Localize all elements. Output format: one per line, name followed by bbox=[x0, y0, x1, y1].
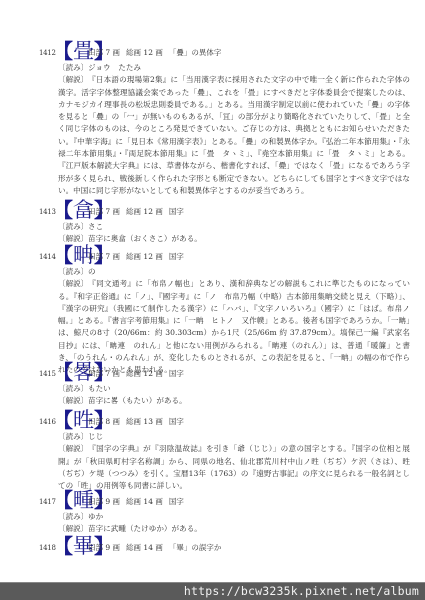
entry-meta: 田部 9 画総画 14 画「畢」の誤字か bbox=[88, 542, 227, 553]
reading-value: もたい bbox=[88, 384, 111, 393]
entry-header: 1418 【畢】 田部 9 画総画 14 画「畢」の誤字か bbox=[0, 535, 425, 557]
entry-meta: 田部 7 画総画 12 画国字 bbox=[88, 368, 190, 379]
entry-meta: 田部 9 画総画 14 画国字 bbox=[88, 496, 190, 507]
entry-1417: 1417 【畽】 田部 9 画総画 14 画国字 〔読み〕ゆか 〔解説〕苗字に武… bbox=[0, 489, 425, 536]
stroke-count: 総画 12 画 bbox=[126, 252, 163, 261]
entry-1416: 1416 【甠】 田部 8 画総画 13 画国字 〔読み〕じじ 〔解説〕『国字の… bbox=[0, 409, 425, 492]
commentary-label: 〔解説〕 bbox=[58, 74, 88, 86]
radical-info: 田部 7 画 bbox=[88, 252, 120, 261]
entry-header: 1415 【畧】 田部 7 画総画 12 画国字 bbox=[0, 361, 425, 383]
commentary-block: 〔解説〕『日本語の現場第2集』に「当用漢字表に採用された文字の中で唯一全く新に作… bbox=[58, 74, 410, 197]
commentary-line: 〔解説〕苗字に畧（もたい）がある。 bbox=[58, 395, 408, 407]
reading-label: 〔読み〕 bbox=[58, 511, 88, 523]
reading-line: 〔読み〕さこ bbox=[58, 221, 408, 233]
commentary-label: 〔解説〕 bbox=[58, 278, 88, 290]
stroke-count: 総画 12 画 bbox=[126, 369, 163, 378]
commentary-text: 『日本語の現場第2集』に「当用漢字表に採用された文字の中で唯一全く新に作られた字… bbox=[58, 75, 410, 195]
entry-meta: 田部 7 画総画 12 画国字 bbox=[88, 251, 190, 262]
commentary-text: 苗字に畧（もたい）がある。 bbox=[88, 396, 187, 405]
stroke-count: 総画 14 画 bbox=[126, 497, 163, 506]
reading-value: ジョウ たたみ bbox=[88, 63, 141, 72]
entry-note: 「畢」の誤字か bbox=[169, 543, 222, 552]
commentary-text: 『国字の字典』が『羽陰温故誌』を引き「爺（じじ）」の意の国字とする。『国字の位相… bbox=[58, 444, 410, 490]
radical-info: 田部 9 画 bbox=[88, 497, 120, 506]
radical-info: 田部 7 画 bbox=[88, 48, 120, 57]
reading-value: じじ bbox=[88, 432, 103, 441]
entry-header: 1416 【甠】 田部 8 画総画 13 画国字 bbox=[0, 409, 425, 431]
entry-note: 国字 bbox=[169, 252, 184, 261]
radical-info: 田部 8 画 bbox=[88, 417, 120, 426]
entry-meta: 田部 7 画総画 12 画国字 bbox=[88, 206, 190, 217]
stroke-count: 総画 12 画 bbox=[126, 207, 163, 216]
watermark-bar: https://bcw3235k.pixnet.net/album bbox=[0, 582, 425, 600]
reading-line: 〔読み〕の bbox=[58, 266, 408, 278]
stroke-count: 総画 12 画 bbox=[126, 48, 163, 57]
reading-value: の bbox=[88, 267, 96, 276]
entry-note: 国字 bbox=[169, 497, 184, 506]
commentary-text: 苗字に武畽（たけゆか）がある。 bbox=[88, 524, 202, 533]
entry-note: 国字 bbox=[169, 417, 184, 426]
entry-note: 「疊」の異体字 bbox=[169, 48, 222, 57]
reading-label: 〔読み〕 bbox=[58, 221, 88, 233]
reading-label: 〔読み〕 bbox=[58, 62, 88, 74]
entry-note: 国字 bbox=[169, 369, 184, 378]
radical-info: 田部 7 画 bbox=[88, 207, 120, 216]
reading-label: 〔読み〕 bbox=[58, 383, 88, 395]
entry-note: 国字 bbox=[169, 207, 184, 216]
commentary-block: 〔解説〕『国字の字典』が『羽陰温故誌』を引き「爺（じじ）」の意の国字とする。『国… bbox=[58, 443, 410, 492]
watermark-url: https://bcw3235k.pixnet.net/album bbox=[184, 584, 419, 598]
reading-label: 〔読み〕 bbox=[58, 431, 88, 443]
commentary-text: 苗字に奥畣（おくさこ）がある。 bbox=[88, 234, 202, 243]
entry-header: 1417 【畽】 田部 9 画総画 14 画国字 bbox=[0, 489, 425, 511]
reading-value: ゆか bbox=[88, 512, 103, 521]
entry-meta: 田部 7 画総画 12 画「疊」の異体字 bbox=[88, 47, 227, 58]
entry-meta: 田部 8 画総画 13 画国字 bbox=[88, 416, 190, 427]
entry-1415: 1415 【畧】 田部 7 画総画 12 画国字 〔読み〕もたい 〔解説〕苗字に… bbox=[0, 361, 425, 408]
commentary-label: 〔解説〕 bbox=[58, 395, 88, 407]
stroke-count: 総画 14 画 bbox=[126, 543, 163, 552]
reading-line: 〔読み〕ゆか bbox=[58, 511, 408, 523]
commentary-label: 〔解説〕 bbox=[58, 443, 88, 455]
entry-1412: 1412 【畳】 田部 7 画総画 12 画「疊」の異体字 〔読み〕ジョウ たた… bbox=[0, 40, 425, 197]
entry-header: 1413 【畣】 田部 7 画総画 12 画国字 bbox=[0, 199, 425, 221]
entry-1418: 1418 【畢】 田部 9 画総画 14 画「畢」の誤字か bbox=[0, 535, 425, 557]
dictionary-page: 1412 【畳】 田部 7 画総画 12 画「疊」の異体字 〔読み〕ジョウ たた… bbox=[0, 0, 425, 600]
entry-1414: 1414 【畘】 田部 7 画総画 12 画国字 〔読み〕の 〔解説〕『同文通考… bbox=[0, 244, 425, 377]
reading-line: 〔読み〕もたい bbox=[58, 383, 408, 395]
reading-line: 〔読み〕ジョウ たたみ bbox=[58, 62, 408, 74]
stroke-count: 総画 13 画 bbox=[126, 417, 163, 426]
radical-info: 田部 9 画 bbox=[88, 543, 120, 552]
reading-value: さこ bbox=[88, 222, 103, 231]
entry-header: 1414 【畘】 田部 7 画総画 12 画国字 bbox=[0, 244, 425, 266]
radical-info: 田部 7 画 bbox=[88, 369, 120, 378]
entry-header: 1412 【畳】 田部 7 画総画 12 画「疊」の異体字 bbox=[0, 40, 425, 62]
entry-1413: 1413 【畣】 田部 7 画総画 12 画国字 〔読み〕さこ 〔解説〕苗字に奥… bbox=[0, 199, 425, 246]
reading-label: 〔読み〕 bbox=[58, 266, 88, 278]
reading-line: 〔読み〕じじ bbox=[58, 431, 408, 443]
